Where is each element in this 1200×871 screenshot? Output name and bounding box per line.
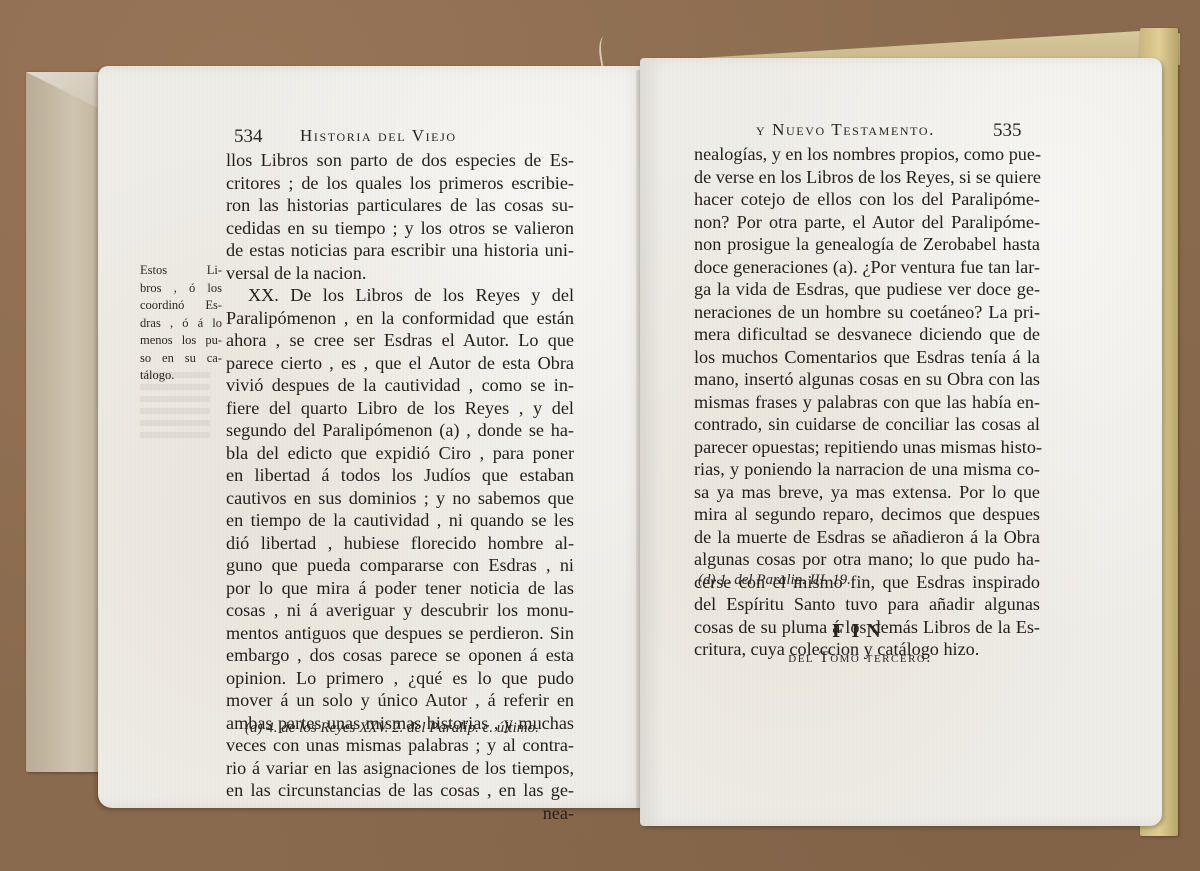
marginal-note: Estos Li- bros , ó los coordinó Es- dras… xyxy=(140,262,222,385)
left-footnote: (a) 4. de los Reyes XXV. 2. del Paralip.… xyxy=(245,720,539,737)
catchword: nea- xyxy=(226,802,574,825)
left-running-head: Historia del Viejo xyxy=(300,126,457,146)
cover-left-board xyxy=(26,72,106,772)
left-folio: 534 xyxy=(234,126,263,148)
section-xx-start: XX. De los Libros de los Reyes y del xyxy=(226,284,574,307)
colophon-fin: FIN xyxy=(740,620,980,643)
colophon-subtitle: del Tomo tercero. xyxy=(740,649,980,667)
right-footnote: (d) 1. del Paralip. III. 19. xyxy=(698,572,851,589)
right-running-head: y Nuevo Testamento. xyxy=(756,120,935,140)
colophon: FIN del Tomo tercero. xyxy=(740,620,980,667)
right-folio: 535 xyxy=(993,120,1022,142)
